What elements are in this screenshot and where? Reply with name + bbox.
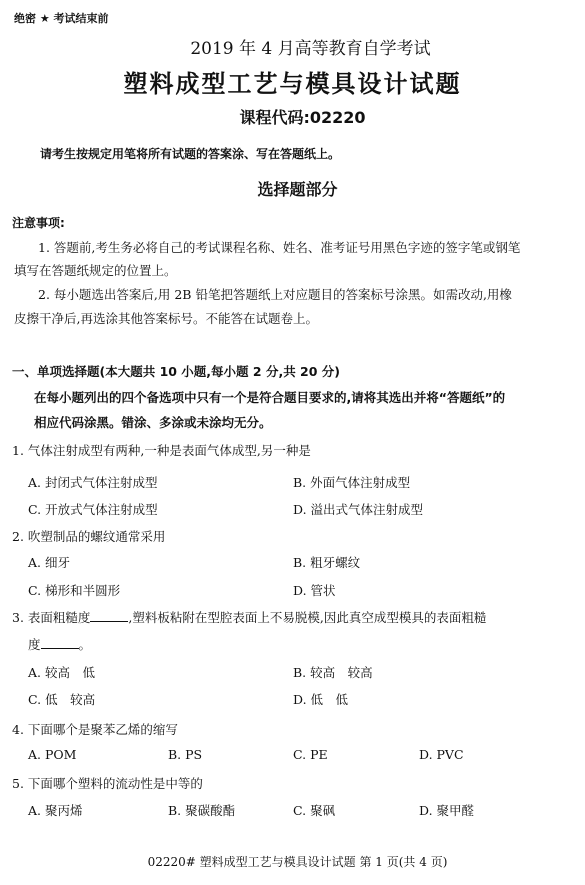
note-line: 皮擦干净后,再选涂其他答案标号。不能答在试题卷上。 — [14, 309, 318, 327]
section-header: 一、单项选择题(本大题共 10 小题,每小题 2 分,共 20 分) — [12, 362, 340, 380]
question-4-option-d: D. PVC — [419, 747, 464, 762]
page-footer: 02220# 塑料成型工艺与模具设计试题 第 1 页(共 4 页) — [0, 853, 585, 870]
note-line: 2. 每小题选出答案后,用 2B 铅笔把答题纸上对应题目的答案标号涂黑。如需改动… — [38, 285, 512, 303]
question-4-option-c: C. PE — [293, 747, 328, 762]
question-1-option-a: A. 封闭式气体注射成型 — [28, 473, 157, 491]
confidential-label: 绝密 ★ 考试结束前 — [14, 10, 109, 26]
question-3-stem-line2-part1: 度 — [28, 637, 41, 652]
section-description: 在每小题列出的四个备选项中只有一个是符合题目要求的,请将其选出并将“答题纸”的 — [34, 388, 505, 406]
question-3-stem-part2: ,塑料板粘附在型腔表面上不易脱模,因此真空成型模具的表面粗糙 — [128, 610, 486, 625]
note-line: 1. 答题前,考生务必将自己的考试课程名称、姓名、准考证号用黑色字迹的签字笔或钢… — [38, 238, 520, 256]
section-description: 相应代码涂黑。错涂、多涂或未涂均无分。 — [34, 413, 272, 431]
notes-heading: 注意事项: — [12, 214, 65, 231]
question-3-option-d: D. 低 低 — [293, 690, 348, 708]
question-2-option-d: D. 管状 — [293, 581, 336, 599]
answer-blank — [41, 636, 79, 649]
question-2-option-c: C. 梯形和半圆形 — [28, 581, 120, 599]
question-5-option-a: A. 聚丙烯 — [28, 801, 82, 819]
question-3-option-b: B. 较高 较高 — [293, 663, 373, 681]
question-1-option-c: C. 开放式气体注射成型 — [28, 500, 158, 518]
question-5-option-b: B. 聚碳酸酯 — [168, 801, 235, 819]
question-4-option-b: B. PS — [168, 747, 202, 762]
exam-session: 2019 年 4 月高等教育自学考试 — [0, 34, 585, 59]
question-5-option-d: D. 聚甲醛 — [419, 801, 474, 819]
question-3-stem: 3. 表面粗糙度,塑料板粘附在型腔表面上不易脱模,因此真空成型模具的表面粗糙 — [12, 608, 486, 626]
question-3-stem-part1: 3. 表面粗糙度 — [12, 610, 90, 625]
course-code: 课程代码:02220 — [0, 105, 585, 128]
question-1-option-d: D. 溢出式气体注射成型 — [293, 500, 423, 518]
question-4-option-a: A. POM — [28, 747, 76, 762]
question-2-stem: 2. 吹塑制品的螺纹通常采用 — [12, 527, 165, 545]
question-1-option-b: B. 外面气体注射成型 — [293, 473, 410, 491]
note-line: 填写在答题纸规定的位置上。 — [14, 261, 177, 279]
question-4-stem: 4. 下面哪个是聚苯乙烯的缩写 — [12, 720, 178, 738]
question-5-stem: 5. 下面哪个塑料的流动性是中等的 — [12, 774, 203, 792]
answer-instruction: 请考生按规定用笔将所有试题的答案涂、写在答题纸上。 — [40, 145, 340, 162]
question-3-option-c: C. 低 较高 — [28, 690, 95, 708]
question-1-stem: 1. 气体注射成型有两种,一种是表面气体成型,另一种是 — [12, 441, 311, 459]
part-title: 选择题部分 — [0, 177, 585, 200]
question-2-option-b: B. 粗牙螺纹 — [293, 553, 360, 571]
answer-blank — [90, 609, 128, 622]
page-title: 塑料成型工艺与模具设计试题 — [0, 64, 585, 99]
question-3-stem-line2-part2: 。 — [79, 637, 92, 652]
question-5-option-c: C. 聚砜 — [293, 801, 335, 819]
question-3-stem-line2: 度。 — [28, 635, 91, 653]
question-2-option-a: A. 细牙 — [28, 553, 70, 571]
question-3-option-a: A. 较高 低 — [28, 663, 95, 681]
